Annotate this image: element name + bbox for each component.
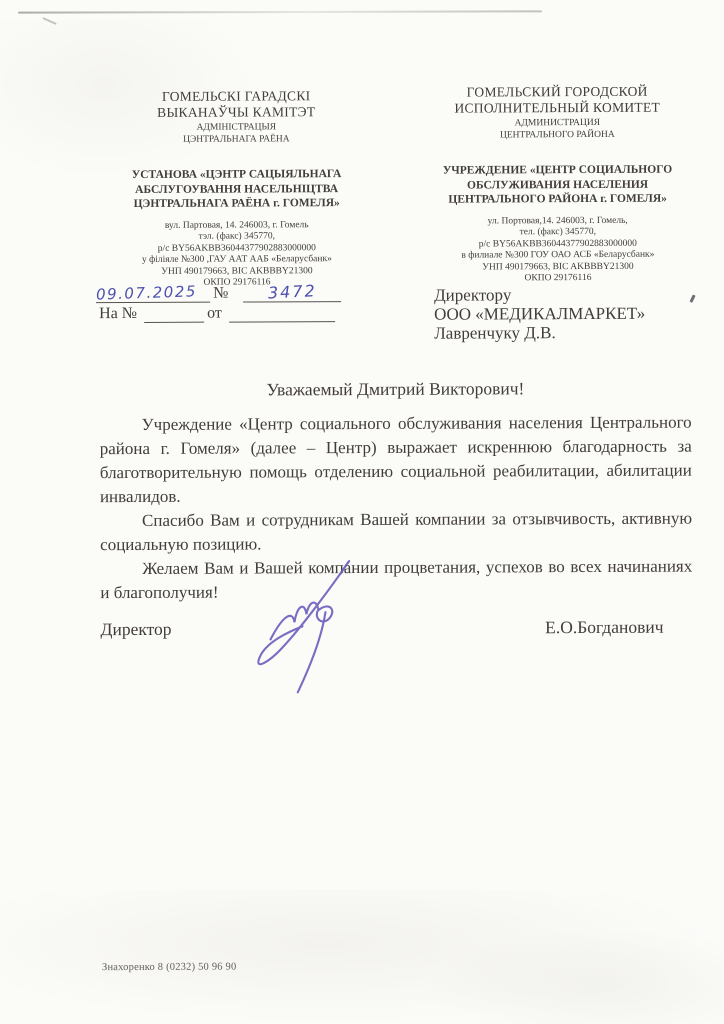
letterhead-right: ГОМЕЛЬСКИЙ ГОРОДСКОЙ ИСПОЛНИТЕЛЬНЫЙ КОМИ… [396,83,719,285]
institution-russian: УЧРЕЖДЕНИЕ «ЦЕНТР СОЦИАЛЬНОГО ОБСЛУЖИВАН… [396,162,718,207]
reply-number-line [144,305,204,323]
address-belarusian: вул. Партовая, 14. 246003, г. Гомель тэл… [77,219,397,290]
outgoing-number-line: 3472 [243,284,341,302]
org-name-belarusian: ГОМЕЛЬСКІ ГАРАДСКІ ВЫКАНАЎЧЫ КАМІТЭТ [76,88,396,121]
salutation: Уважаемый Дмитрий Викторович! [99,378,691,402]
signoff-row: Директор Е.О.Богданович [100,617,663,640]
institution-belarusian: УСТАНОВА «ЦЭНТР САЦЫЯЛЬНАГА АБСЛУГОУВАНН… [76,167,396,212]
org-name-russian: ГОМЕЛЬСКИЙ ГОРОДСКОЙ ИСПОЛНИТЕЛЬНЫЙ КОМИ… [396,83,718,116]
scanned-letter-page: ГОМЕЛЬСКІ ГАРАДСКІ ВЫКАНАЎЧЫ КАМІТЭТ АДМ… [0,0,724,1024]
handwritten-date: 09.07.2025 [96,282,197,303]
recipient-block: Директору ООО «МЕДИКАЛМАРКЕТ» Лавренчуку… [434,285,645,343]
reference-row-reply: На № от [96,303,361,323]
paragraph-gratitude: Учреждение «Центр социального обслуживан… [100,411,692,510]
date-line: 09.07.2025 [96,285,210,303]
admin-lines-belarusian: АДМІНІСТРАЦЫЯ ЦЭНТРАЛЬНАГА РАЁНА [76,122,396,146]
address-russian: ул. Портовая,14. 246003, г. Гомель, тел.… [397,215,719,286]
on-number-label: На № [96,305,140,323]
signoff-name: Е.О.Богданович [545,617,663,639]
handwritten-number: 3472 [267,281,317,302]
reply-date-line [229,304,335,322]
letter-body: Учреждение «Центр социального обслуживан… [100,411,693,606]
from-label: от [204,305,225,323]
signoff-role: Директор [100,619,171,640]
number-sign-label: № [210,285,231,303]
reference-row-number: 09.07.2025 № 3472 [96,283,361,303]
letterhead-left: ГОМЕЛЬСКІ ГАРАДСКІ ВЫКАНАЎЧЫ КАМІТЭТ АДМ… [76,88,397,290]
executor-contact: Знахоренко 8 (0232) 50 96 90 [102,962,237,974]
paragraph-wishes: Желаем Вам и Вашей компании процветания,… [100,555,692,606]
admin-lines-russian: АДМИНИСТРАЦИЯ ЦЕНТРАЛЬНОГО РАЙОНА [396,117,718,141]
scan-artifact-ink-tick [689,294,695,302]
paragraph-thanks: Спасибо Вам и сотрудникам Вашей компании… [100,507,692,558]
letter-content: ГОМЕЛЬСКІ ГАРАДСКІ ВЫКАНАЎЧЫ КАМІТЭТ АДМ… [0,0,724,1024]
reference-block: 09.07.2025 № 3472 На № от [96,283,361,323]
